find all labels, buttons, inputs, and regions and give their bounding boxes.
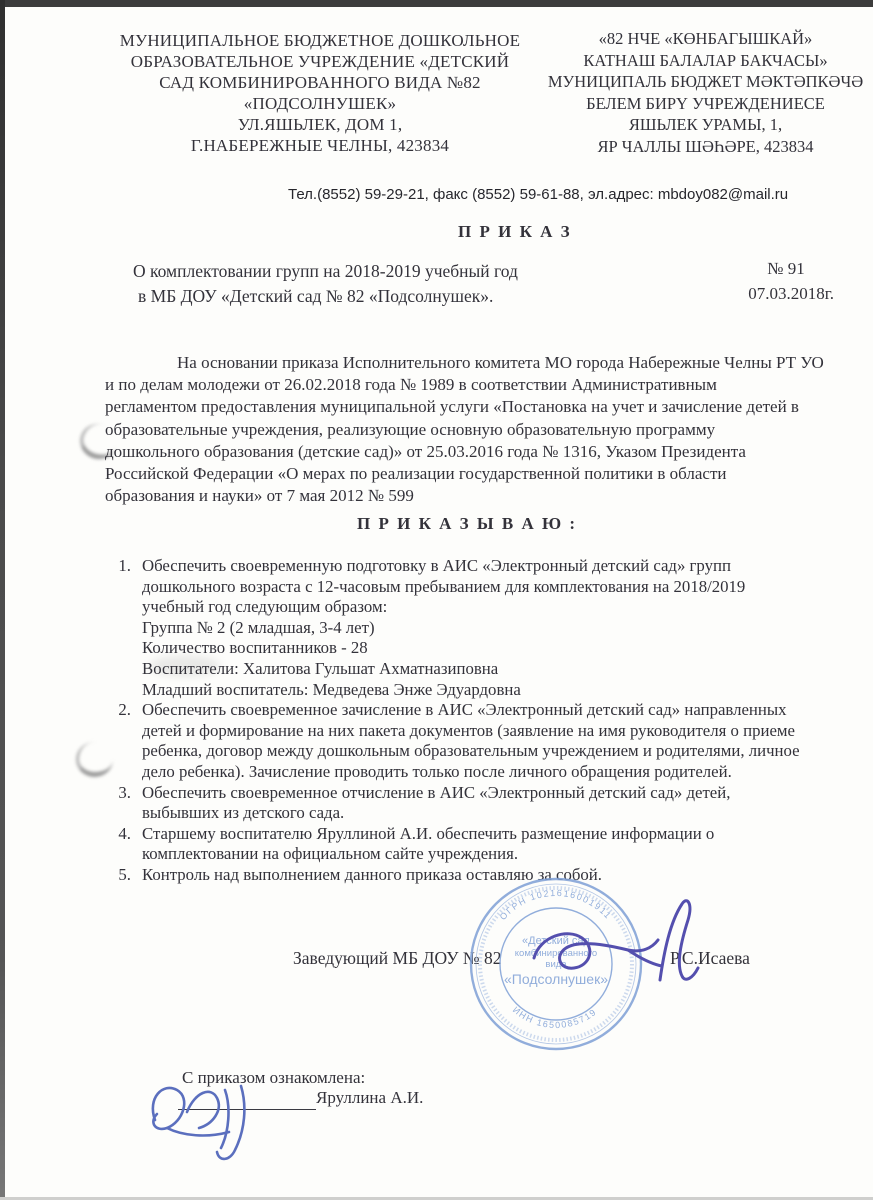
order-item-1: 1. Обеспечить своевременную подготовку в…: [104, 556, 834, 700]
order-number: № 91: [738, 256, 834, 281]
preamble-line: образовательные учреждения, реализующие …: [105, 419, 835, 441]
scan-edge-top: [0, 0, 873, 7]
scan-edge-left: [0, 0, 5, 1200]
item-number: 4.: [104, 824, 142, 865]
acknowledgement-signature: [133, 1062, 343, 1172]
item-line: детей и формирование на них пакета докум…: [142, 721, 800, 742]
order-item-3: 3. Обеспечить своевременное отчисление в…: [104, 783, 834, 824]
subject-line: в МБ ДОУ «Детский сад № 82 «Подсолнушек»…: [133, 284, 518, 309]
item-text: Обеспечить своевременную подготовку в АИ…: [142, 556, 745, 700]
stamp-inn-text: ИНН 1650085719: [511, 1005, 599, 1030]
item-line: Старшему воспитателю Яруллиной А.И. обес…: [142, 824, 714, 845]
subject-line: О комплектовании групп на 2018-2019 учеб…: [133, 259, 518, 284]
order-subject: О комплектовании групп на 2018-2019 учеб…: [133, 259, 518, 309]
item-line: Обеспечить своевременную подготовку в АИ…: [142, 556, 745, 577]
order-number-date: № 91 07.03.2018г.: [738, 256, 834, 306]
letterhead-line: МУНИЦИПАЛЬ БЮДЖЕТ МӘКТӘПКӘЧӘ: [538, 71, 873, 93]
order-preamble: На основании приказа Исполнительного ком…: [105, 352, 835, 507]
item-line: Количество воспитанников - 28: [142, 638, 745, 659]
item-line: Группа № 2 (2 младшая, 3-4 лет): [142, 618, 745, 639]
order-date: 07.03.2018г.: [738, 281, 834, 306]
document-title: П Р И К А З: [458, 222, 572, 242]
item-line: ребенка, договор между дошкольным образо…: [142, 741, 800, 762]
resolution-heading: П Р И К А З Ы В А Ю :: [357, 514, 577, 534]
item-line: дело ребенка). Зачисление проводить толь…: [142, 762, 800, 783]
item-number: 5.: [104, 865, 142, 886]
item-number: 2.: [104, 700, 142, 782]
svg-text:ИНН 1650085719: ИНН 1650085719: [511, 1005, 599, 1030]
preamble-line: Российской Федерации «О мерах по реализа…: [105, 463, 835, 485]
letterhead-russian: МУНИЦИПАЛЬНОЕ БЮДЖЕТНОЕ ДОШКОЛЬНОЕ ОБРАЗ…: [85, 30, 555, 156]
item-line: Обеспечить своевременное зачисление в АИ…: [142, 700, 800, 721]
preamble-line: и по делам молодежи от 26.02.2018 года №…: [105, 374, 835, 396]
order-item-2: 2. Обеспечить своевременное зачисление в…: [104, 700, 834, 782]
letterhead-line: «82 НЧЕ «КӨНБАГЫШКАЙ»: [538, 28, 873, 50]
item-line: комплектовании на официальном сайте учре…: [142, 844, 714, 865]
order-items-list: 1. Обеспечить своевременную подготовку в…: [104, 556, 834, 886]
item-line: Младший воспитатель: Медведева Энже Эдуа…: [142, 680, 745, 701]
preamble-line: образования и науки» от 7 мая 2012 № 599: [105, 485, 835, 507]
item-line: учебный год следующим образом:: [142, 597, 745, 618]
preamble-line: дошкольного образования (детские сад)» о…: [105, 441, 835, 463]
director-signature: [520, 888, 730, 1006]
letterhead-line: Г.НАБЕРЕЖНЫЕ ЧЕЛНЫ, 423834: [85, 135, 555, 156]
letterhead-line: УЛ.ЯШЬЛЕК, ДОМ 1,: [85, 114, 555, 135]
letterhead-line: МУНИЦИПАЛЬНОЕ БЮДЖЕТНОЕ ДОШКОЛЬНОЕ: [85, 30, 555, 51]
item-line: выбывших из детского сада.: [142, 803, 730, 824]
item-text: Обеспечить своевременное зачисление в АИ…: [142, 700, 800, 782]
letterhead-tatar: «82 НЧЕ «КӨНБАГЫШКАЙ» КАТНАШ БАЛАЛАР БАК…: [538, 28, 873, 157]
letterhead-line: ЯР ЧАЛЛЫ ШӘҺӘРЕ, 423834: [538, 136, 873, 158]
letterhead-line: «ПОДСОЛНУШЕК»: [85, 93, 555, 114]
letterhead-line: САД КОМБИНИРОВАННОГО ВИДА №82: [85, 72, 555, 93]
preamble-line: На основании приказа Исполнительного ком…: [105, 352, 835, 374]
preamble-line: регламентом предоставления муниципальной…: [105, 396, 835, 418]
item-text: Обеспечить своевременное отчисление в АИ…: [142, 783, 730, 824]
item-text: Старшему воспитателю Яруллиной А.И. обес…: [142, 824, 714, 865]
order-item-4: 4. Старшему воспитателю Яруллиной А.И. о…: [104, 824, 834, 865]
item-number: 1.: [104, 556, 142, 700]
contact-info-line: Тел.(8552) 59-29-21, факс (8552) 59-61-8…: [288, 186, 788, 203]
item-line: дошкольного возраста с 12-часовым пребыв…: [142, 577, 745, 598]
item-number: 3.: [104, 783, 142, 824]
letterhead-line: ОБРАЗОВАТЕЛЬНОЕ УЧРЕЖДЕНИЕ «ДЕТСКИЙ: [85, 51, 555, 72]
item-line: Воспитатели: Халитова Гульшат Ахматназип…: [142, 659, 745, 680]
letterhead-line: КАТНАШ БАЛАЛАР БАКЧАСЫ»: [538, 50, 873, 72]
letterhead-line: БЕЛЕМ БИРҮ УЧРЕЖДЕНИЕСЕ: [538, 93, 873, 115]
item-line: Обеспечить своевременное отчисление в АИ…: [142, 783, 730, 804]
document-page: МУНИЦИПАЛЬНОЕ БЮДЖЕТНОЕ ДОШКОЛЬНОЕ ОБРАЗ…: [0, 0, 873, 1200]
letterhead-line: ЯШЬЛЕК УРАМЫ, 1,: [538, 114, 873, 136]
